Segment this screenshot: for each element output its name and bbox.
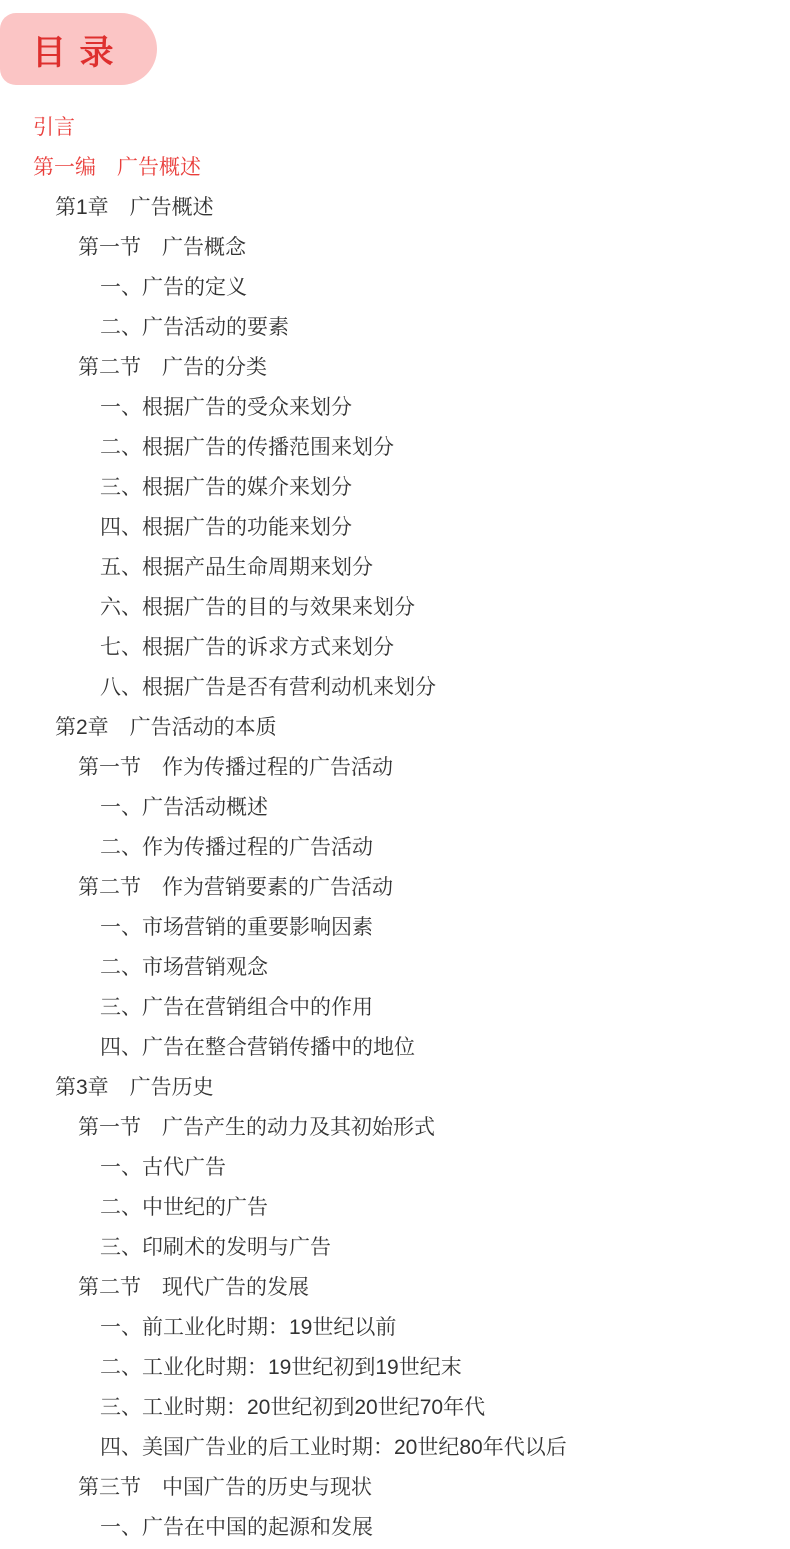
toc-item[interactable]: 四、根据广告的功能来划分 <box>0 508 790 548</box>
toc-item[interactable]: 第二节 广告的分类 <box>0 348 790 388</box>
toc-item[interactable]: 二、作为传播过程的广告活动 <box>0 828 790 868</box>
toc-item[interactable]: 二、中世纪的广告 <box>0 1188 790 1228</box>
table-of-contents: 引言第一编 广告概述第1章 广告概述第一节 广告概念一、广告的定义二、广告活动的… <box>0 108 790 1548</box>
toc-item[interactable]: 一、广告的定义 <box>0 268 790 308</box>
toc-item[interactable]: 七、根据广告的诉求方式来划分 <box>0 628 790 668</box>
toc-item[interactable]: 二、工业化时期：19世纪初到19世纪末 <box>0 1348 790 1388</box>
toc-item[interactable]: 二、根据广告的传播范围来划分 <box>0 428 790 468</box>
toc-item[interactable]: 第一节 广告产生的动力及其初始形式 <box>0 1108 790 1148</box>
toc-item[interactable]: 引言 <box>0 108 790 148</box>
toc-item[interactable]: 第三节 中国广告的历史与现状 <box>0 1468 790 1508</box>
toc-item[interactable]: 四、广告在整合营销传播中的地位 <box>0 1028 790 1068</box>
toc-item[interactable]: 三、根据广告的媒介来划分 <box>0 468 790 508</box>
toc-item[interactable]: 第3章 广告历史 <box>0 1068 790 1108</box>
toc-item[interactable]: 一、古代广告 <box>0 1148 790 1188</box>
toc-item[interactable]: 二、广告活动的要素 <box>0 308 790 348</box>
toc-item[interactable]: 第一编 广告概述 <box>0 148 790 188</box>
toc-item[interactable]: 四、美国广告业的后工业时期：20世纪80年代以后 <box>0 1428 790 1468</box>
toc-item[interactable]: 一、市场营销的重要影响因素 <box>0 908 790 948</box>
toc-page: 目 录 引言第一编 广告概述第1章 广告概述第一节 广告概念一、广告的定义二、广… <box>0 0 790 1549</box>
toc-header-badge: 目 录 <box>0 13 157 85</box>
toc-item[interactable]: 第二节 现代广告的发展 <box>0 1268 790 1308</box>
toc-item[interactable]: 一、广告在中国的起源和发展 <box>0 1508 790 1548</box>
toc-item[interactable]: 第2章 广告活动的本质 <box>0 708 790 748</box>
toc-item[interactable]: 三、工业时期：20世纪初到20世纪70年代 <box>0 1388 790 1428</box>
toc-item[interactable]: 五、根据产品生命周期来划分 <box>0 548 790 588</box>
toc-item[interactable]: 二、市场营销观念 <box>0 948 790 988</box>
toc-item[interactable]: 第1章 广告概述 <box>0 188 790 228</box>
toc-item[interactable]: 一、前工业化时期：19世纪以前 <box>0 1308 790 1348</box>
toc-item[interactable]: 第二节 作为营销要素的广告活动 <box>0 868 790 908</box>
toc-item[interactable]: 一、广告活动概述 <box>0 788 790 828</box>
toc-item[interactable]: 第一节 作为传播过程的广告活动 <box>0 748 790 788</box>
toc-item[interactable]: 第一节 广告概念 <box>0 228 790 268</box>
toc-item[interactable]: 三、广告在营销组合中的作用 <box>0 988 790 1028</box>
toc-item[interactable]: 八、根据广告是否有营利动机来划分 <box>0 668 790 708</box>
toc-item[interactable]: 三、印刷术的发明与广告 <box>0 1228 790 1268</box>
toc-item[interactable]: 一、根据广告的受众来划分 <box>0 388 790 428</box>
toc-item[interactable]: 六、根据广告的目的与效果来划分 <box>0 588 790 628</box>
page-title: 目 录 <box>32 25 115 74</box>
